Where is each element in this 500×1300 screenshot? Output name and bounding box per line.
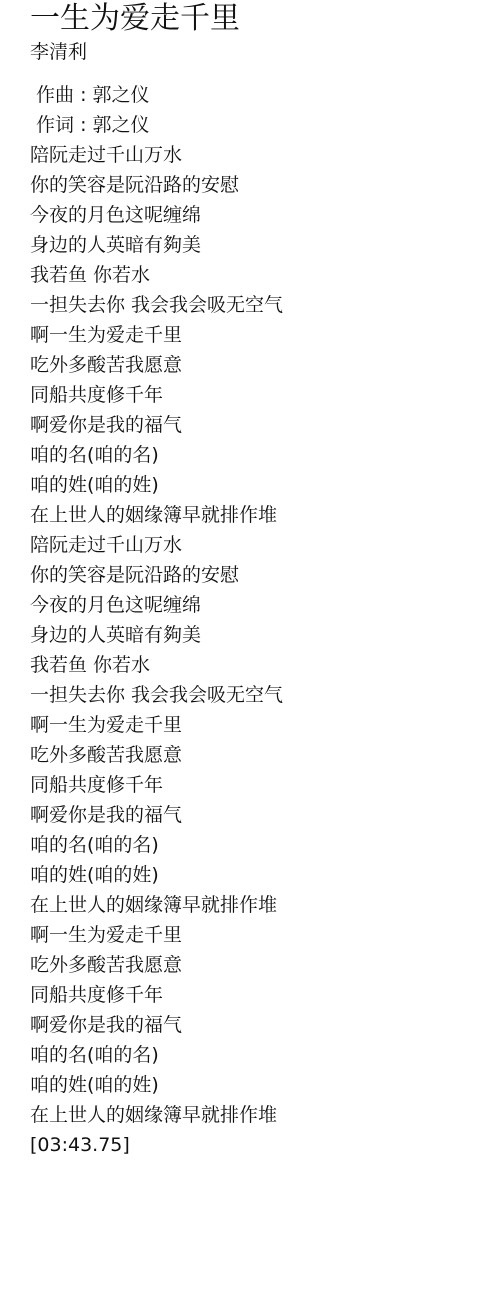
lyric-line: 啊爱你是我的福气 [30,410,490,440]
song-title: 一生为爱走千里 [30,0,490,38]
lyric-line: 在上世人的姻缘簿早就排作堆 [30,500,490,530]
lyric-line: 今夜的月色这呢缠绵 [30,590,490,620]
lyrics-page: 一生为爱走千里 李清利 作曲 : 郭之仪 作词 : 郭之仪陪阮走过千山万水你的笑… [30,0,490,1160]
lyric-line: 陪阮走过千山万水 [30,530,490,560]
lyric-line: 作曲 : 郭之仪 [30,80,490,110]
lyric-line: 身边的人英暗有夠美 [30,620,490,650]
lyric-line: 啊爱你是我的福气 [30,800,490,830]
lyric-line: 吃外多酸苦我愿意 [30,740,490,770]
lyric-line: 咱的名(咱的名) [30,440,490,470]
lyric-line: 同船共度修千年 [30,380,490,410]
artist-name: 李清利 [30,39,490,65]
lyric-line: 一担失去你 我会我会吸无空气 [30,290,490,320]
lyric-line: 咱的名(咱的名) [30,1040,490,1070]
lyric-line: 在上世人的姻缘簿早就排作堆 [30,890,490,920]
lyric-line: 啊一生为爱走千里 [30,920,490,950]
lyrics-body: 作曲 : 郭之仪 作词 : 郭之仪陪阮走过千山万水你的笑容是阮沿路的安慰今夜的月… [30,80,490,1160]
lyric-line: 同船共度修千年 [30,770,490,800]
lyric-line: 身边的人英暗有夠美 [30,230,490,260]
lyric-line: [03:43.75] [30,1130,490,1160]
lyric-line: 我若鱼 你若水 [30,650,490,680]
lyric-line: 你的笑容是阮沿路的安慰 [30,170,490,200]
lyric-line: 陪阮走过千山万水 [30,140,490,170]
lyric-line: 咱的姓(咱的姓) [30,860,490,890]
lyric-line: 啊爱你是我的福气 [30,1010,490,1040]
lyric-line: 啊一生为爱走千里 [30,320,490,350]
lyric-line: 在上世人的姻缘簿早就排作堆 [30,1100,490,1130]
lyric-line: 咱的姓(咱的姓) [30,1070,490,1100]
lyric-line: 咱的姓(咱的姓) [30,470,490,500]
lyric-line: 一担失去你 我会我会吸无空气 [30,680,490,710]
lyric-line: 今夜的月色这呢缠绵 [30,200,490,230]
lyric-line: 我若鱼 你若水 [30,260,490,290]
lyric-line: 你的笑容是阮沿路的安慰 [30,560,490,590]
lyric-line: 同船共度修千年 [30,980,490,1010]
lyric-line: 咱的名(咱的名) [30,830,490,860]
lyric-line: 作词 : 郭之仪 [30,110,490,140]
lyric-line: 吃外多酸苦我愿意 [30,350,490,380]
lyric-line: 吃外多酸苦我愿意 [30,950,490,980]
lyric-line: 啊一生为爱走千里 [30,710,490,740]
